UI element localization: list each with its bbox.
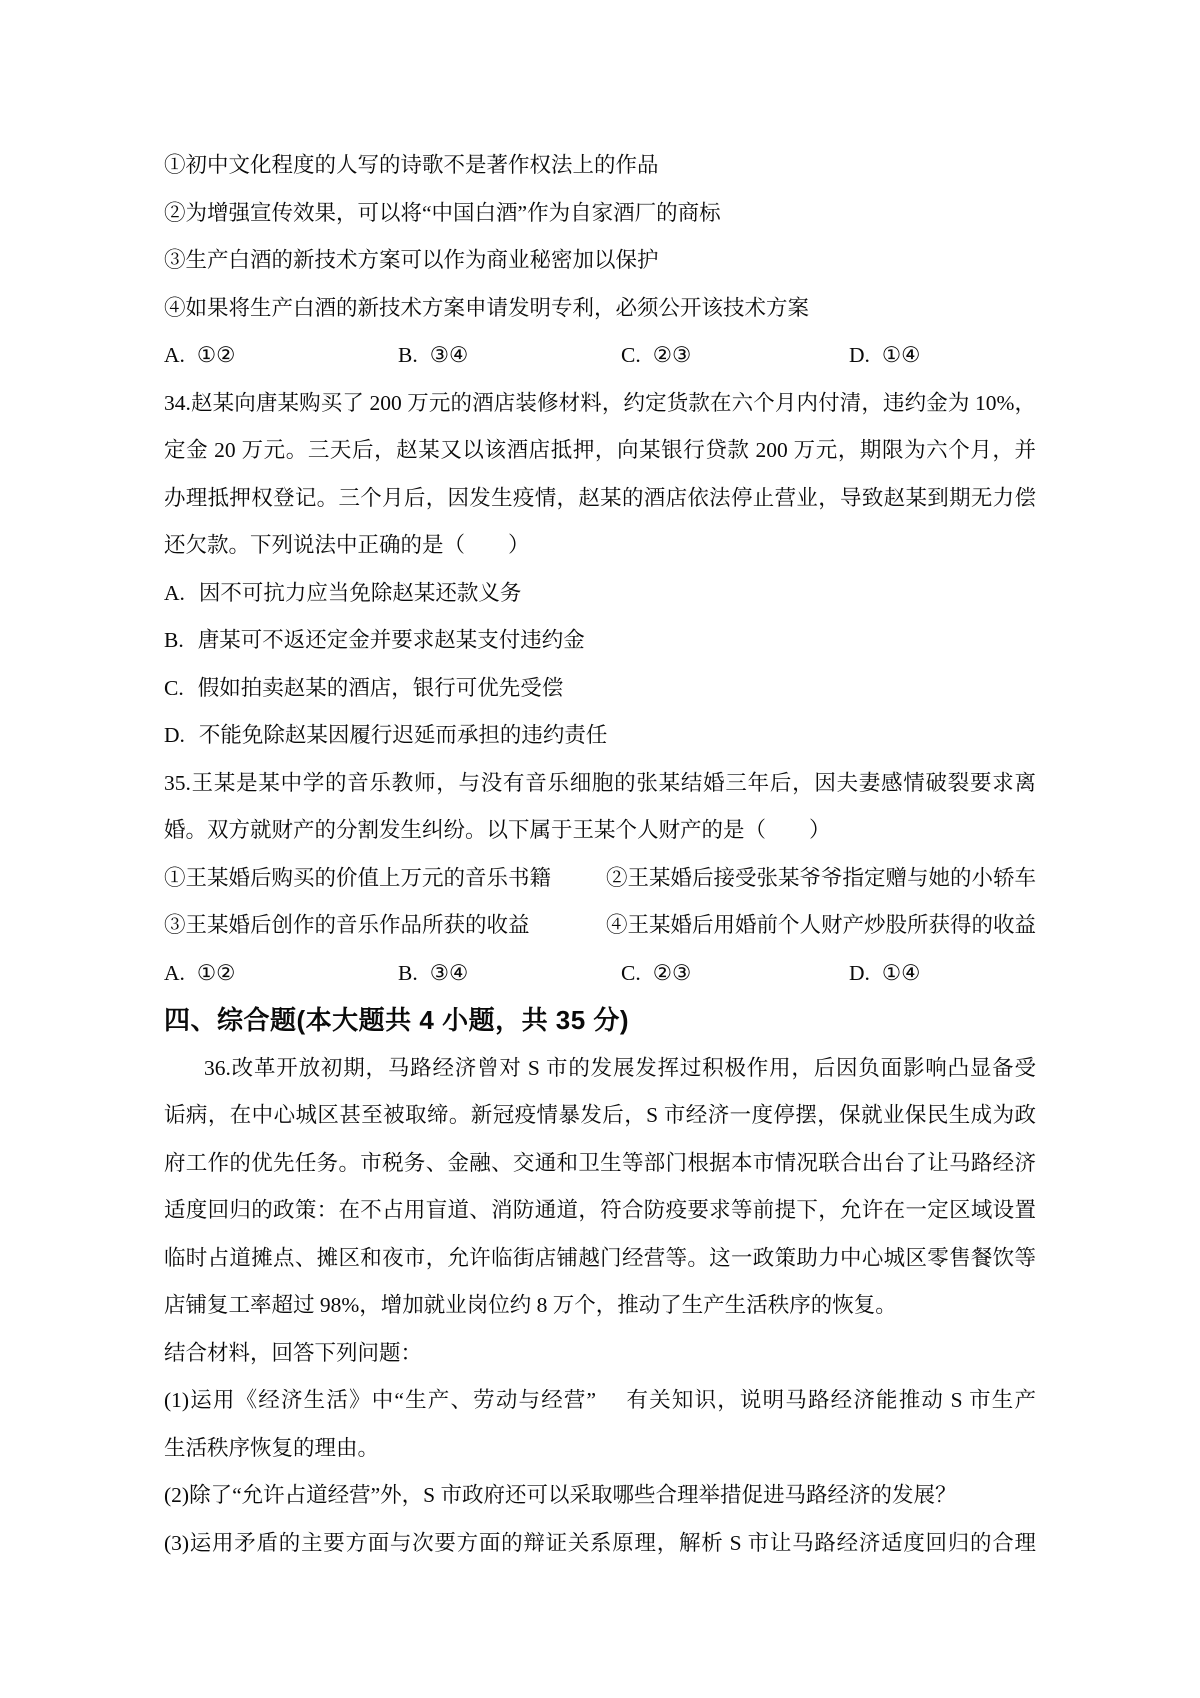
question-35-items-row-2: ③王某婚后创作的音乐作品所获的收益 ④王某婚后用婚前个人财产炒股所获得的收益 [164,902,1036,950]
question-36-line-5: 临时占道摊点、摊区和夜市，允许临街店铺越门经营等。这一政策助力中心城区零售餐饮等 [164,1235,1036,1283]
question-36-sub-1-line-1: (1)运用《经济生活》中“生产、劳动与经营” 有关知识，说明马路经济能推动 S … [164,1377,1036,1425]
option-label: D. [849,343,870,367]
option-value: ①② [197,961,236,985]
option-value: ③④ [430,961,469,985]
question-35-option-c: C.②③ [621,950,849,998]
top-question-option-d: D.①④ [849,332,1036,380]
option-label: B. [164,628,184,652]
option-text: 因不可抗力应当免除赵某还款义务 [199,581,522,605]
question-36-sub-3: (3)运用矛盾的主要方面与次要方面的辩证关系原理，解析 S 市让马路经济适度回归… [164,1520,1036,1568]
question-34-stem-line-1: 34.赵某向唐某购买了 200 万元的酒店装修材料，约定货款在六个月内付清，违约… [164,380,1036,428]
question-35-item-3: ③王某婚后创作的音乐作品所获的收益 [164,902,530,950]
question-34-option-a: A.因不可抗力应当免除赵某还款义务 [164,570,1036,618]
top-question-options-row: A.①② B.③④ C.②③ D.①④ [164,332,1036,380]
top-question-option-a: A.①② [164,332,398,380]
option-label: A. [164,961,185,985]
question-34-stem-line-2: 定金 20 万元。三天后，赵某又以该酒店抵押，向某银行贷款 200 万元，期限为… [164,427,1036,475]
question-35-item-2: ②王某婚后接受张某爷爷指定赠与她的小轿车 [606,855,1036,903]
top-question-item-1: ①初中文化程度的人写的诗歌不是著作权法上的作品 [164,142,1036,190]
question-36-prompt: 结合材料，回答下列问题： [164,1330,1036,1378]
option-label: A. [164,581,185,605]
option-label: B. [398,961,418,985]
question-34-stem-line-3: 办理抵押权登记。三个月后，因发生疫情，赵某的酒店依法停止营业，导致赵某到期无力偿 [164,475,1036,523]
option-value: ②③ [653,343,692,367]
question-36-line-6: 店铺复工率超过 98%，增加就业岗位约 8 万个，推动了生产生活秩序的恢复。 [164,1282,1036,1330]
option-value: ③④ [430,343,469,367]
question-35-stem-line-2: 婚。双方就财产的分割发生纠纷。以下属于王某个人财产的是（ ） [164,807,1036,855]
option-label: A. [164,343,185,367]
option-value: ①④ [882,343,921,367]
question-35-option-a: A.①② [164,950,398,998]
top-question-item-2: ②为增强宣传效果，可以将“中国白酒”作为自家酒厂的商标 [164,190,1036,238]
option-label: B. [398,343,418,367]
option-label: D. [164,723,185,747]
top-question-item-4: ④如果将生产白酒的新技术方案申请发明专利，必须公开该技术方案 [164,285,1036,333]
question-35-items-row-1: ①王某婚后购买的价值上万元的音乐书籍 ②王某婚后接受张某爷爷指定赠与她的小轿车 [164,855,1036,903]
question-34-option-c: C.假如拍卖赵某的酒店，银行可优先受偿 [164,665,1036,713]
question-36-sub-2: (2)除了“允许占道经营”外，S 市政府还可以采取哪些合理举措促进马路经济的发展… [164,1472,1036,1520]
section-4-heading: 四、综合题(本大题共 4 小题，共 35 分) [164,997,1036,1045]
question-35-stem-line-1: 35.王某是某中学的音乐教师，与没有音乐细胞的张某结婚三年后，因夫妻感情破裂要求… [164,760,1036,808]
option-label: D. [849,961,870,985]
question-35-item-4: ④王某婚后用婚前个人财产炒股所获得的收益 [606,902,1036,950]
question-35-option-b: B.③④ [398,950,621,998]
question-35-options-row: A.①② B.③④ C.②③ D.①④ [164,950,1036,998]
question-36-line-1: 36.改革开放初期，马路经济曾对 S 市的发展发挥过积极作用，后因负面影响凸显备… [164,1045,1036,1093]
question-35-option-d: D.①④ [849,950,1036,998]
option-label: C. [164,676,184,700]
option-text: 唐某可不返还定金并要求赵某支付违约金 [198,628,585,652]
option-text: 假如拍卖赵某的酒店，银行可优先受偿 [198,676,564,700]
question-36-sub-1-line-2: 生活秩序恢复的理由。 [164,1425,1036,1473]
top-question-option-b: B.③④ [398,332,621,380]
question-34-option-d: D.不能免除赵某因履行迟延而承担的违约责任 [164,712,1036,760]
option-text: 不能免除赵某因履行迟延而承担的违约责任 [199,723,608,747]
question-35-item-1: ①王某婚后购买的价值上万元的音乐书籍 [164,855,551,903]
top-question-item-3: ③生产白酒的新技术方案可以作为商业秘密加以保护 [164,237,1036,285]
question-36-line-3: 府工作的优先任务。市税务、金融、交通和卫生等部门根据本市情况联合出台了让马路经济 [164,1140,1036,1188]
option-label: C. [621,961,641,985]
option-value: ①② [197,343,236,367]
top-question-option-c: C.②③ [621,332,849,380]
option-value: ②③ [653,961,692,985]
question-36-line-4: 适度回归的政策：在不占用盲道、消防通道，符合防疫要求等前提下，允许在一定区域设置 [164,1187,1036,1235]
question-34-stem-line-4: 还欠款。下列说法中正确的是（ ） [164,522,1036,570]
question-36-line-2: 诟病，在中心城区甚至被取缔。新冠疫情暴发后，S 市经济一度停摆，保就业保民生成为… [164,1092,1036,1140]
option-label: C. [621,343,641,367]
question-34-option-b: B.唐某可不返还定金并要求赵某支付违约金 [164,617,1036,665]
option-value: ①④ [882,961,921,985]
exam-page: ①初中文化程度的人写的诗歌不是著作权法上的作品 ②为增强宣传效果，可以将“中国白… [164,142,1036,1567]
